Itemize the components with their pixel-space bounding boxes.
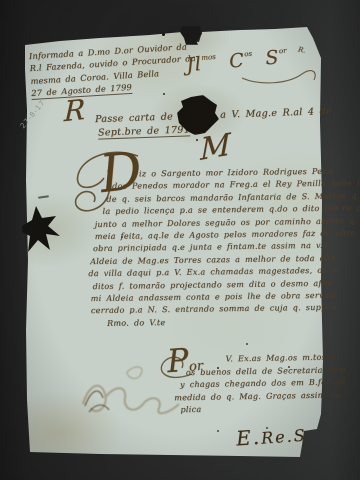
- salutation-flourish: [240, 58, 320, 88]
- paraph-left: R: [63, 93, 85, 129]
- ink-speck: [266, 427, 268, 429]
- ink-speck: [163, 93, 165, 95]
- ink-speck: [196, 139, 198, 141]
- paraph-center: M: [200, 127, 230, 168]
- closing-line: plica: [180, 402, 346, 417]
- ink-speck: [288, 366, 290, 368]
- salutation-word-1: Jl: [185, 53, 203, 76]
- signature-rubric: [75, 362, 185, 430]
- corner-mark: R.: [297, 45, 306, 54]
- annotation-block: Informada a D.mo D.or Ouvidor da R.l Faz…: [29, 40, 198, 100]
- ink-speck: [217, 430, 219, 432]
- valediction: E.Re.S: [235, 422, 307, 451]
- petition-body: iz o Sargento mor Izidoro Rodrigues Per.…: [87, 165, 360, 331]
- ink-speck: [217, 367, 219, 369]
- ink-speck: [162, 33, 165, 36]
- ink-speck: [121, 236, 123, 238]
- manuscript-photo: Informada a D.mo D.or Ouvidor da R.l Faz…: [0, 0, 360, 480]
- ink-speck: [246, 343, 248, 345]
